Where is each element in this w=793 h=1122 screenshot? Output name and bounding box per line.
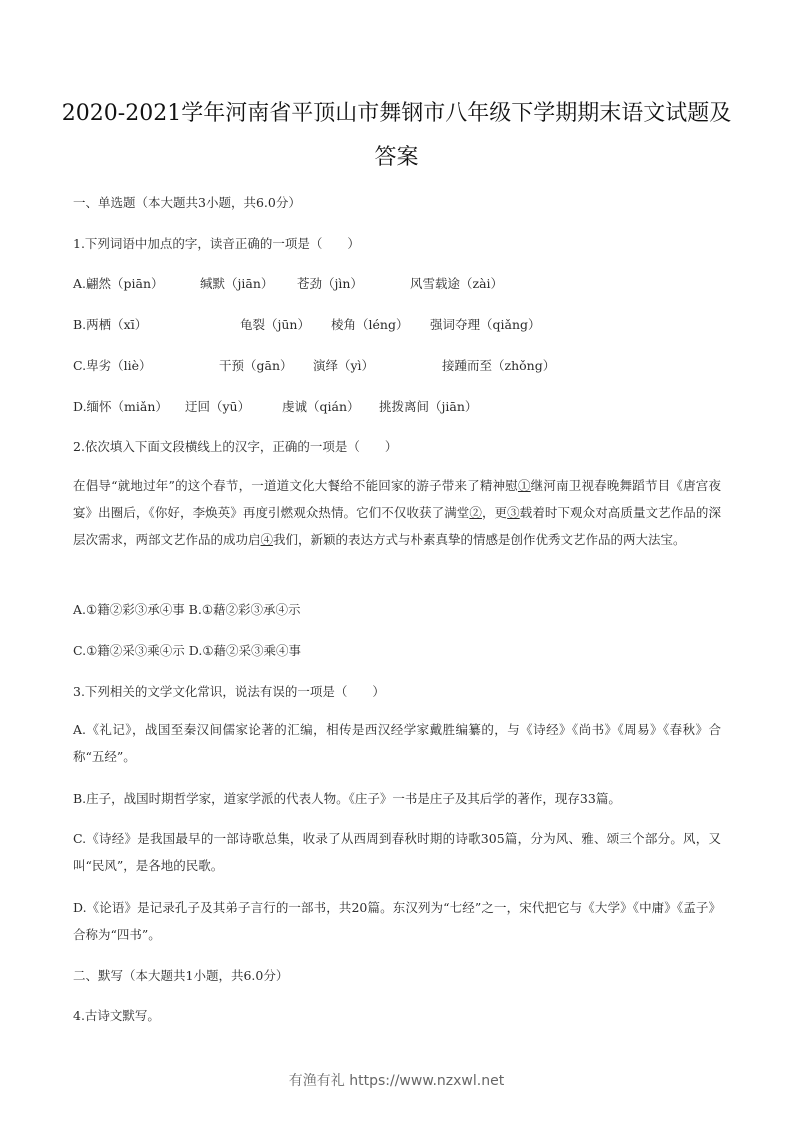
passage-text: ，更 xyxy=(482,505,507,520)
q3-stem: 3.下列相关的文学文化常识，说法有误的一项是（ ） xyxy=(73,682,385,700)
title-line-2: 答案 xyxy=(40,136,753,180)
q1-d-2: 迂回（yū） xyxy=(185,397,250,415)
footer-watermark: 有渔有礼 https://www.nzxwl.net xyxy=(0,1070,793,1090)
q3-option-b: B.庄子，战国时期哲学家，道家学派的代表人物。《庄子》一书是庄子及其后学的著作，… xyxy=(73,785,721,812)
q2-passage: 在倡导“就地过年”的这个春节，一道道文化大餐给不能回家的游子带来了精神慰①继河南… xyxy=(73,472,721,553)
q1-stem: 1.下列词语中加点的字，读音正确的一项是（ ） xyxy=(73,234,360,252)
q1-a-2: 缄默（jiān） xyxy=(200,274,273,292)
q3-option-d: D.《论语》是记录孔子及其弟子言行的一部书，共20篇。东汉列为“七经”之一，宋代… xyxy=(73,894,721,948)
q1-c-4: 接踵而至（zhǒng） xyxy=(442,356,555,374)
blank-2: ② xyxy=(469,505,482,520)
q1-a-4: 风雪载途（zài） xyxy=(410,274,503,292)
q1-a-1: A.翩然（piān） xyxy=(73,274,164,292)
blank-3: ③ xyxy=(507,505,520,520)
q1-c-3: 演绎（yì） xyxy=(313,356,374,374)
q1-c-2: 干预（gān） xyxy=(219,356,293,374)
q1-d-4: 挑拨离间（jiān） xyxy=(379,397,477,415)
q1-c-1: C.卑劣（liè） xyxy=(73,356,152,374)
q2-options-cd: C.①籍②采③乘④示 D.①藉②采③乘④事 xyxy=(73,641,301,659)
section-2-heading: 二、默写（本大题共1小题，共6.0分） xyxy=(73,966,288,984)
title-line-1: 2020-2021学年河南省平顶山市舞钢市八年级下学期期末语文试题及 xyxy=(40,92,753,136)
q1-option-c: C.卑劣（liè） 干预（gān） 演绎（yì） 接踵而至（zhǒng） xyxy=(73,356,733,374)
q1-a-3: 苍劲（jìn） xyxy=(297,274,363,292)
q3-option-a: A.《礼记》，战国至秦汉间儒家论著的汇编，相传是西汉经学家戴胜编纂的，与《诗经》… xyxy=(73,716,721,770)
blank-1: ① xyxy=(518,478,531,493)
q1-d-3: 虔诚（qián） xyxy=(282,397,360,415)
q1-option-a: A.翩然（piān） 缄默（jiān） 苍劲（jìn） 风雪载途（zài） xyxy=(73,274,733,292)
q4-stem: 4.古诗文默写。 xyxy=(73,1006,160,1024)
q2-options-ab: A.①籍②彩③承④事 B.①藉②彩③承④示 xyxy=(73,600,301,618)
q1-option-b: B.两栖（xī） 龟裂（jūn） 棱角（léng） 强词夺理（qiǎng） xyxy=(73,315,733,333)
q1-b-4: 强词夺理（qiǎng） xyxy=(430,315,541,333)
q1-b-3: 棱角（léng） xyxy=(331,315,408,333)
blank-4: ④ xyxy=(261,532,274,547)
q1-d-1: D.缅怀（miǎn） xyxy=(73,397,168,415)
q1-b-1: B.两栖（xī） xyxy=(73,315,147,333)
q3-option-c: C.《诗经》是我国最早的一部诗歌总集，收录了从西周到春秋时期的诗歌305篇，分为… xyxy=(73,825,721,879)
q1-b-2: 龟裂（jūn） xyxy=(240,315,310,333)
q2-stem: 2.依次填入下面文段横线上的汉字，正确的一项是（ ） xyxy=(73,437,397,455)
document-title: 2020-2021学年河南省平顶山市舞钢市八年级下学期期末语文试题及 答案 xyxy=(40,92,753,180)
passage-text: 我们，新颖的表达方式与朴素真挚的情感是创作优秀文艺作品的两大法宝。 xyxy=(273,532,686,547)
q1-option-d: D.缅怀（miǎn） 迂回（yū） 虔诚（qián） 挑拨离间（jiān） xyxy=(73,397,733,415)
passage-text: 在倡导“就地过年”的这个春节，一道道文化大餐给不能回家的游子带来了精神慰 xyxy=(73,478,518,493)
section-1-heading: 一、单选题（本大题共3小题，共6.0分） xyxy=(73,193,301,211)
